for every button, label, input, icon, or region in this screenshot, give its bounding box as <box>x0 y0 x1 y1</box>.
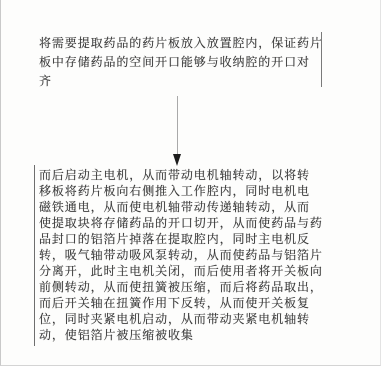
flow-step-1: 将需要提取药品的药片板放入放置腔内，保证药片 板中存储药品的空间开口能够与收纳腔… <box>39 34 323 91</box>
step2-line: 分离开，此时主电机关闭，而后使用者将开关板向 <box>39 263 323 279</box>
step2-line: 使提取块将存储药品的开口切开，从而使药品与药 <box>39 215 323 231</box>
step2-line: 磁铁通电，从而使电机轴带动传递轴转动，从而 <box>39 199 323 215</box>
step2-line: 位，同时夹紧电机启动，从而带动夹紧电机轴转 <box>39 311 323 327</box>
step2-line: 移板将药片板向右侧推入工作腔内，同时电机电 <box>39 183 323 199</box>
step2-line: 而后开关轴在扭簧作用下反转，从而使开关板复 <box>39 295 323 311</box>
step1-line: 齐 <box>39 72 323 91</box>
step1-box-right-border <box>321 32 322 87</box>
step2-line: 动，使铝箔片被压缩被收集 <box>39 327 323 343</box>
down-arrow-icon <box>173 154 181 166</box>
patent-flowchart-page: 将需要提取药品的药片板放入放置腔内，保证药片 板中存储药品的空间开口能够与收纳腔… <box>0 0 381 366</box>
connector-line <box>177 96 178 156</box>
step1-line: 板中存储药品的空间开口能够与收纳腔的开口对 <box>39 53 323 72</box>
step2-line: 前侧转动，从而使扭簧被压缩，而后将药品取出， <box>39 279 323 295</box>
step2-box-left-border <box>34 165 35 346</box>
step2-line: 转，吸气轴带动吸风泵转动，从而使药品与铝箔片 <box>39 247 323 263</box>
flow-step-2: 而后启动主电机，从而带动电机轴转动，以将转 移板将药片板向右侧推入工作腔内，同时… <box>39 167 323 343</box>
step1-line: 将需要提取药品的药片板放入放置腔内，保证药片 <box>39 34 323 53</box>
step2-line: 而后启动主电机，从而带动电机轴转动，以将转 <box>39 167 323 183</box>
step2-line: 品封口的铝箔片掉落在提取腔内，同时主电机反 <box>39 231 323 247</box>
